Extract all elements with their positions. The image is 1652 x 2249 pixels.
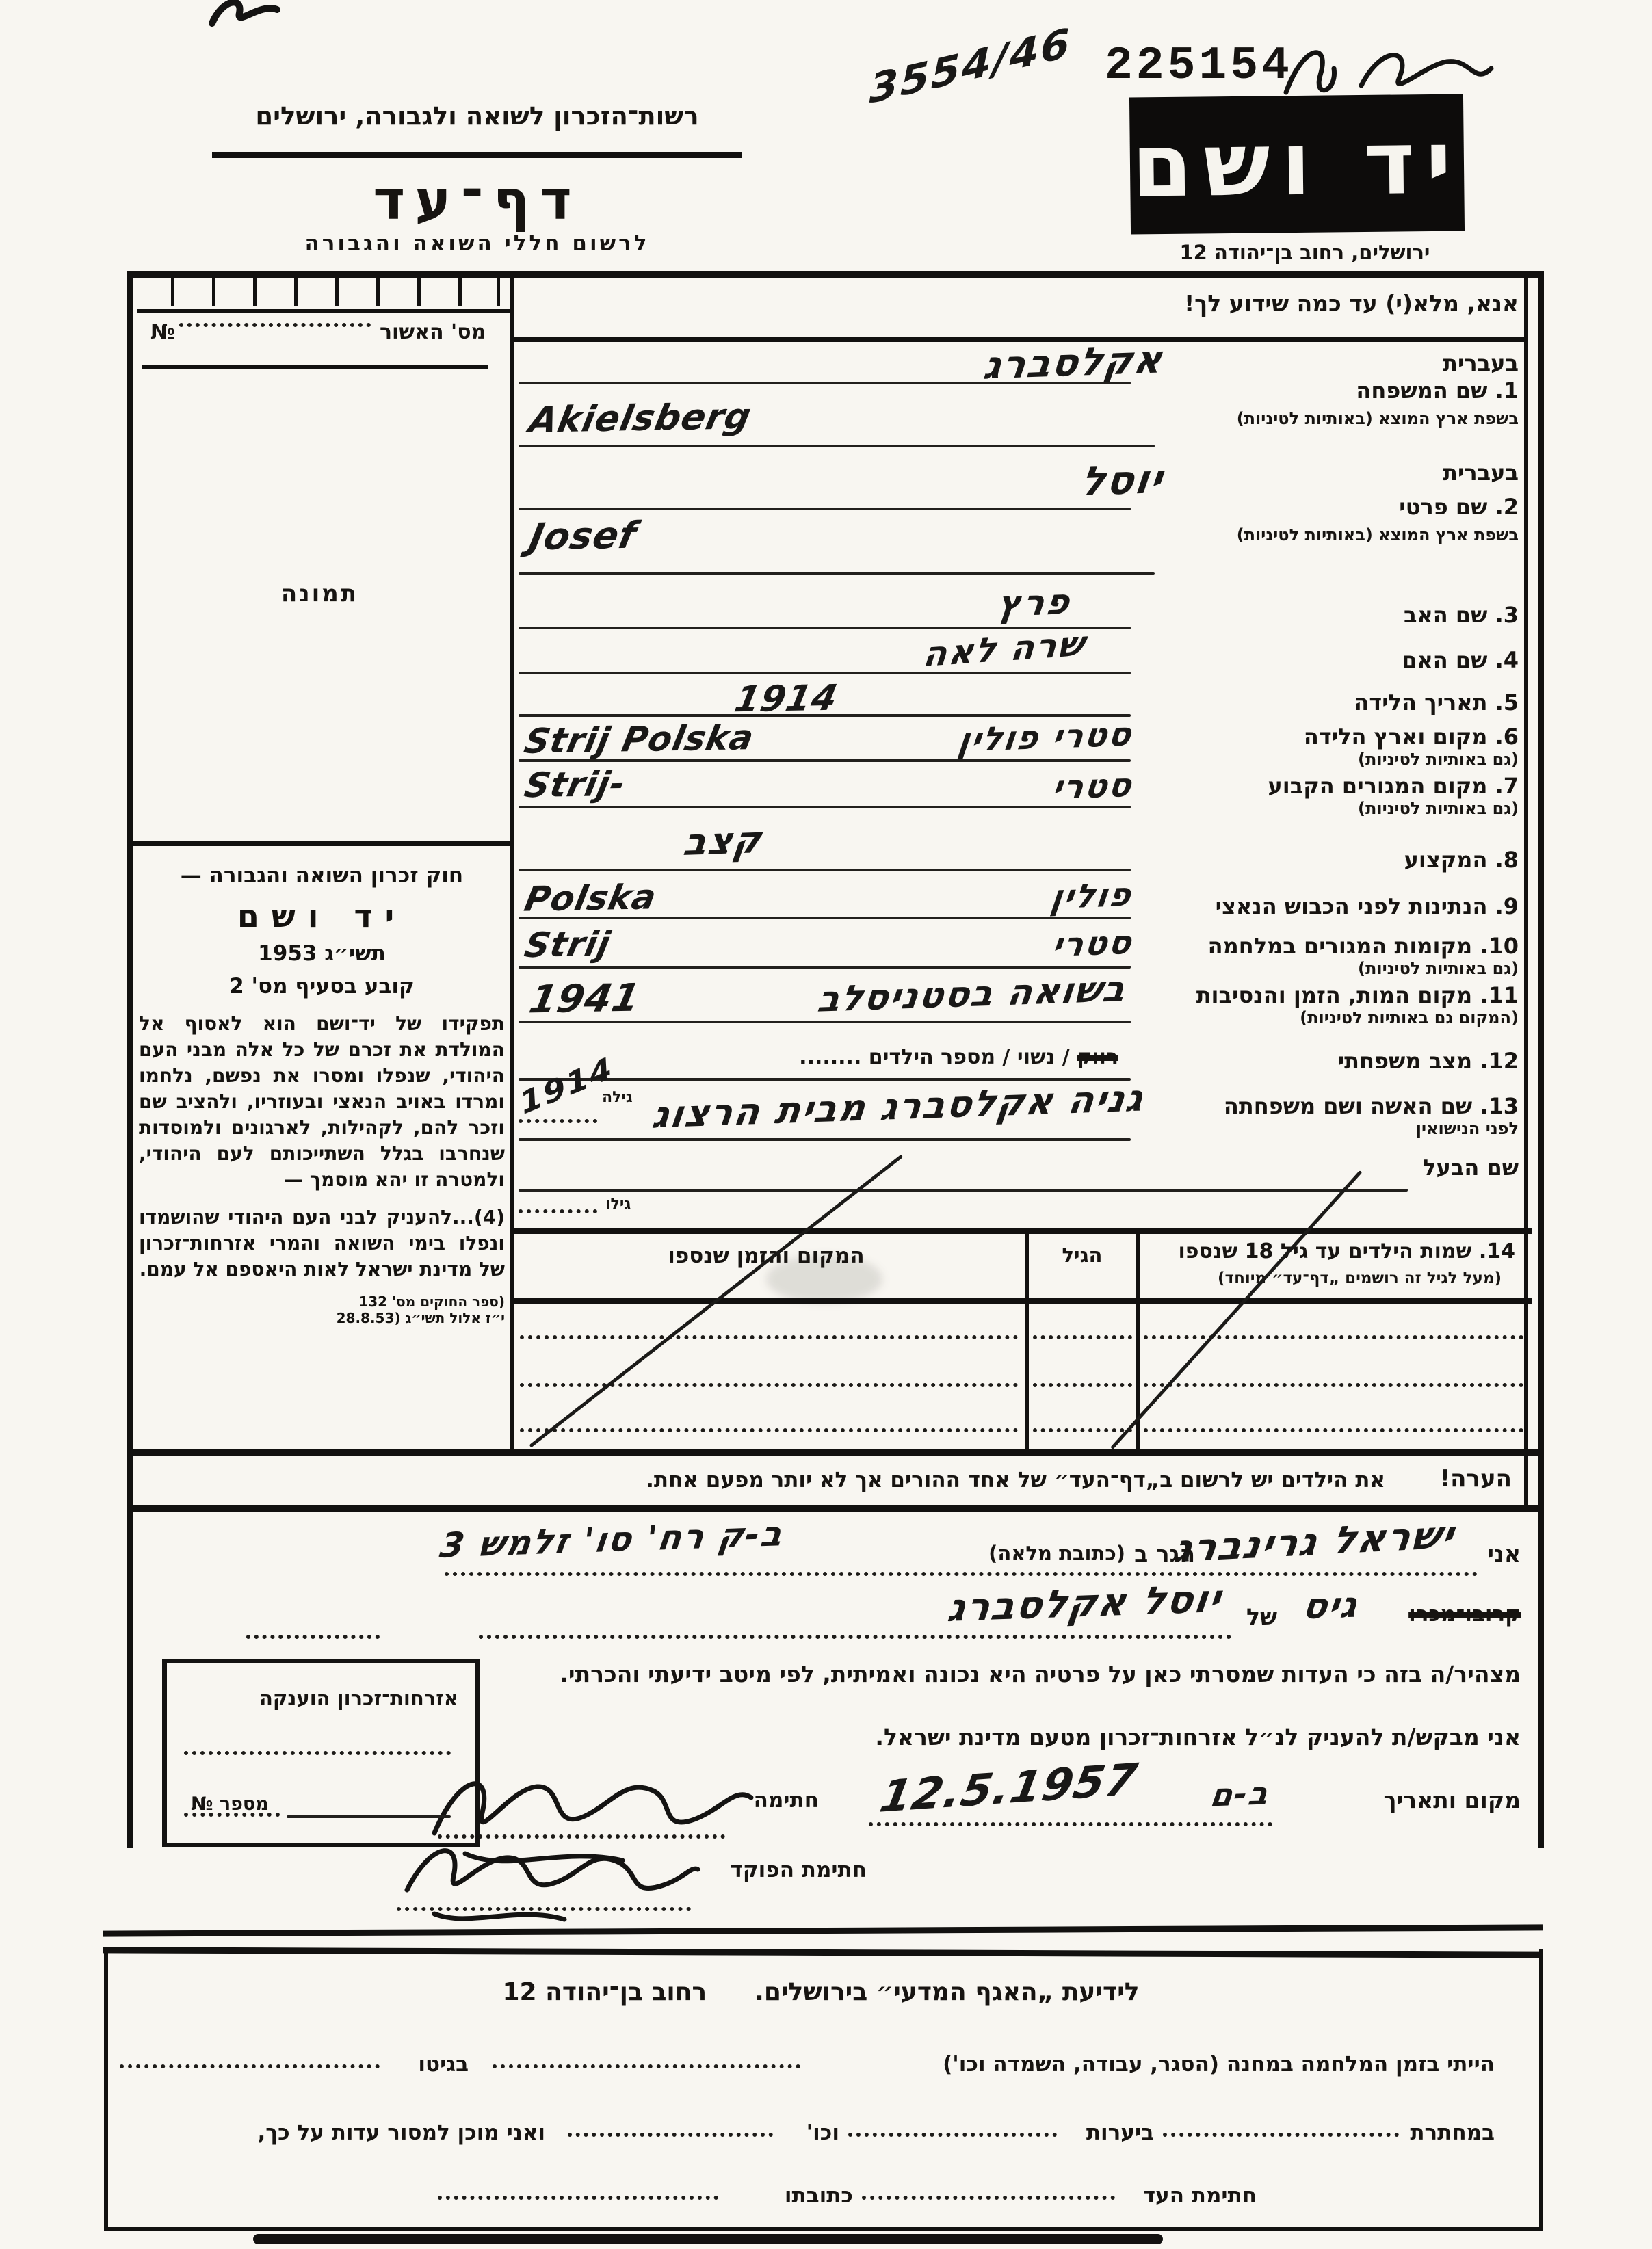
bottom-box-right (1539, 1949, 1543, 2231)
field1-value-latin: Akielsberg (526, 396, 755, 441)
table-row1-dots-age (1033, 1335, 1132, 1339)
field5-label: 5. תאריך הלידה (1354, 689, 1519, 715)
declarant-name-handwritten: ישראל גרינברג (1171, 1512, 1458, 1571)
field7-value-hebrew: סטרי (1049, 766, 1135, 807)
field9-value-latin: Polska (521, 877, 660, 919)
authority-name: רשות־הזכרון לשואה ולגבורה, ירושלים (212, 101, 742, 131)
field8-line (519, 869, 1131, 871)
husband-name-label: שם הבעל (1423, 1155, 1519, 1181)
bottom-title-address: רחוב בן־יהודה 12 (502, 1978, 707, 2006)
field4-value: שרה לאה (921, 624, 1087, 674)
bottom-box-bottom (104, 2227, 1543, 2231)
bottom-line1-dots-b (120, 2064, 380, 2068)
bottom-line2-dots-a (1163, 2133, 1399, 2137)
field9-value-hebrew: פולין (1049, 876, 1135, 917)
law-year: תשי״ג 1953 (139, 941, 505, 966)
law-clause: קובע בסעיף מס' 2 (139, 974, 505, 999)
subject-name-handwritten: יוסל אקלסברג (945, 1577, 1224, 1631)
date-handwritten: 12.5.1957 (876, 1754, 1142, 1823)
declarant-address-handwritten: ב-ק רח' סו' זלמש 3 (438, 1514, 787, 1565)
bottom-line2-etc-label: וכו' (807, 2120, 839, 2145)
yad-vashem-logo: יד ושם (1129, 94, 1465, 234)
tick-4 (294, 274, 298, 306)
table-col-age-header: הגיל (1029, 1244, 1136, 1267)
bottom-line2-dots-b (848, 2133, 1057, 2137)
photo-box-bottom (127, 841, 510, 846)
form-subtitle: לרשום חללי השואה והגבורה (212, 231, 742, 256)
field8-label: 8. המקצוע (1404, 847, 1519, 873)
declaration-statement: מצהיר/ה בזה כי העדות שמסרתי כאן על פרטיה… (560, 1661, 1521, 1687)
bottom-line3-address-label: כתובתו (785, 2183, 853, 2208)
table-row1-dots-place (520, 1335, 1018, 1339)
field3-value: פרץ (995, 581, 1074, 625)
field2-value-latin: Josef (526, 514, 640, 559)
husband-line (519, 1189, 1408, 1192)
law-title: חוק זכרון השואה והגבורה — (139, 863, 505, 888)
field11-sub-label: (המקום גם באותיות לטיניות) (1300, 1008, 1519, 1027)
field6-line (519, 759, 1131, 762)
memorial-number-symbol: № (191, 1793, 213, 1815)
separator-wavy-1 (103, 1924, 1543, 1936)
table-row1-dots-names (1144, 1335, 1523, 1339)
declaration-i-label: אני (1487, 1540, 1521, 1567)
field12-label: 12. מצב משפחתי (1338, 1048, 1519, 1074)
tick-3 (253, 274, 257, 306)
memorial-number-dots (184, 1813, 280, 1817)
field13-wife-age-label: גילה (602, 1089, 633, 1106)
declaration-request: אני מבקש/ת להעניק לנ״ל אזרחות־זכרון מטעם… (875, 1724, 1521, 1750)
place-date-dots (869, 1822, 1272, 1826)
field11-value-hebrew: בשואה בסטניסלב (815, 969, 1129, 1021)
approval-underline (142, 365, 488, 369)
tick-5 (335, 274, 339, 306)
field10-value-latin: Strij (521, 924, 614, 965)
bottom-title-row: לידיעת „האגף המדעי״ בירושלים. רחוב בן־יה… (205, 1978, 1437, 2006)
declaration-resides-label: הגר ב (1134, 1540, 1195, 1567)
clerk-signature-label: חתימת הפוקד (731, 1858, 867, 1882)
frame-right-outer (1538, 271, 1544, 1848)
table-row2-dots-age (1033, 1383, 1132, 1387)
field13-line (519, 1138, 1131, 1141)
field11-line (519, 1021, 1131, 1023)
memorial-box-title: אזרחות־זכרון הוענקה (167, 1687, 458, 1710)
place-date-label: מקום ותאריך (1383, 1787, 1521, 1813)
field10-label: 10. מקומות המגורים במלחמה (1208, 933, 1519, 959)
husband-age-label: גילו (605, 1196, 631, 1213)
table-header-underline (510, 1298, 1532, 1304)
approval-number-symbol: № (150, 320, 175, 344)
bottom-line3-dots-a (862, 2196, 1115, 2200)
field10-line (519, 966, 1131, 969)
authority-underline (212, 152, 742, 158)
bottom-line2-forests-label: ביערות (1086, 2120, 1154, 2145)
scanned-testimony-page: רשות־הזכרון לשואה ולגבורה, ירושלים דף־עד… (0, 0, 1652, 2249)
law-reference-2: י״ז אלול תשי״ג (28.8.53 (139, 1310, 505, 1326)
declaration-line1-dots (445, 1572, 1478, 1576)
field4-line (519, 672, 1131, 674)
bottom-title: לידיעת „האגף המדעי״ בירושלים. (755, 1978, 1139, 2006)
frame-top (127, 271, 1544, 278)
relation-of-label: של (1246, 1603, 1277, 1630)
field4-label: 4. שם האם (1402, 647, 1519, 673)
law-reference-1: (ספר החוקים מס' 132 (139, 1293, 505, 1310)
field1-label: 1. שם המשפחה (1356, 378, 1519, 404)
intro-underline (510, 337, 1528, 342)
yad-vashem-logo-text: יד ושם (1131, 111, 1463, 217)
field13-wife-age-value: 1914 (516, 1050, 616, 1122)
fields-bottom-rule (127, 1449, 1544, 1456)
field11-label: 11. מקום המות, הזמן והנסיבות (1196, 982, 1519, 1008)
field3-label: 3. שם האב (1404, 602, 1519, 628)
tick-2 (212, 274, 215, 306)
field2-label: 2. שם פרטי (1399, 494, 1519, 520)
table-col-place-header: המקום והזמן שנספו (588, 1244, 944, 1268)
tick-7 (417, 274, 421, 306)
note-bottom-rule (127, 1505, 1544, 1512)
memorial-box-dots (184, 1751, 451, 1755)
tick-1 (171, 274, 174, 306)
bottom-box-left (104, 1949, 108, 2231)
table-row3-dots-names (1144, 1428, 1523, 1432)
tick-8 (458, 274, 462, 306)
column-divider (510, 271, 514, 1449)
field13-age-dots (519, 1119, 597, 1123)
bottom-line1-ghetto-label: בגיטו (418, 2052, 469, 2077)
table-top-rule (510, 1228, 1532, 1234)
relation-printed-label: קרובו־מכרו (1408, 1602, 1521, 1627)
file-number-handwritten: 3554/46 (869, 19, 1071, 113)
field7-sub-label: (גם באותיות לטיניות) (1358, 799, 1519, 818)
approval-number-label: מס' האשור (380, 320, 486, 344)
ticks-baseline (137, 309, 510, 313)
field5-line (519, 714, 1131, 717)
field13-sub-label: לפני הנישואין (1416, 1119, 1519, 1138)
field9-label: 9. הנתינות לפני הכבוש הנאצי (1216, 893, 1519, 919)
place-handwritten: ב-ם (1208, 1775, 1272, 1814)
bottom-line2-underground-label: במחתרת (1410, 2120, 1495, 2145)
field2-line-latin (519, 572, 1155, 575)
field2-line-hebrew (519, 508, 1131, 510)
field6-value-latin: Strij Polska (521, 718, 758, 761)
table-row3-dots-age (1033, 1428, 1132, 1432)
field10-value-hebrew: סטרי (1049, 923, 1135, 964)
relation-dots-short (246, 1635, 380, 1639)
declaration-address-label: (כתובת מלאה) (988, 1542, 1125, 1565)
field7-label: 7. מקום המגורים הקבוע (1268, 773, 1519, 799)
field2-lang-label: בעברית (1443, 460, 1519, 486)
bottom-line1-dots-a (493, 2064, 800, 2068)
field1-lang-label: בעברית (1443, 350, 1519, 376)
field12-options: רווק / נשוי / מספר הילדים ........ (799, 1045, 1118, 1069)
corner-ink-artifact (202, 0, 291, 37)
logo-address: ירושלים, רחוב בן־יהודה 12 (1112, 241, 1498, 264)
tick-9 (497, 274, 500, 306)
field6-value-hebrew: סטרי פולין (956, 715, 1136, 760)
field13-value: גניה אקלסברג מבית הרצוג (649, 1077, 1146, 1137)
subject-dots (479, 1635, 1231, 1639)
bottom-line2-ready-label: ואני מוכן למסור עדות על כך, (257, 2120, 545, 2145)
field7-value-latin: Strij- (521, 764, 629, 806)
table-row3-dots-place (520, 1428, 1018, 1432)
tick-6 (376, 274, 380, 306)
table-col-children-header: 14. שמות הילדים עד גיל 18 שנספו (1178, 1239, 1515, 1263)
law-block: חוק זכרון השואה והגבורה — יד ושם תשי״ג 1… (139, 863, 505, 1326)
intro-instruction: אנא, מלא(י) עד כמה שידוע לך! (1184, 290, 1519, 317)
field10-sub-label: (גם באותיות לטיניות) (1358, 959, 1519, 978)
bottom-line3-dots-b (438, 2196, 718, 2200)
relation-struck-word: קרובו־מכרו (1408, 1602, 1521, 1627)
note-label: הערה! (1440, 1465, 1512, 1492)
field12-options-rest: / נשוי / מספר הילדים ........ (799, 1045, 1070, 1069)
field6-label: 6. מקום וארץ הלידה (1304, 724, 1519, 750)
field1-line-latin (519, 445, 1155, 447)
form-title: דף־עד (212, 168, 742, 232)
frame-right-inner (1524, 271, 1528, 1509)
field13-label: 13. שם האשה ושם משפחתה (1224, 1093, 1519, 1119)
memorial-number-label: מספר № (191, 1793, 269, 1815)
field2-value-hebrew: יוסל (1077, 456, 1166, 505)
field7-line (519, 806, 1131, 808)
field1-sub-label: בשפת ארץ המוצא (באותיות לטיניות) (1237, 409, 1519, 428)
field6-sub-label: (גם באותיות לטיניות) (1358, 750, 1519, 769)
field12-option-struck: רווק (1077, 1045, 1118, 1069)
law-paragraph-1: תפקידו של יד־ושם הוא לאסוף אל המולדת את … (139, 1011, 505, 1194)
bottom-line3-signature-label: חתימת העד (1143, 2183, 1257, 2208)
note-text: את הילדים יש לרשום ב„דף־העד״ של אחד ההור… (646, 1468, 1385, 1492)
registration-stamp-number: 225154 (1105, 40, 1293, 92)
table-row2-dots-place (520, 1383, 1018, 1387)
clerk-signature-dots (397, 1907, 691, 1911)
strike-line-right-column (1110, 1170, 1362, 1449)
law-paragraph-2: (4)...להעניק לבני העם היהודי שהושמדו ונפ… (139, 1205, 505, 1283)
memorial-citizenship-box: אזרחות־זכרון הוענקה מספר № (162, 1659, 480, 1847)
frame-left (127, 271, 133, 1848)
bottom-scan-strip (253, 2234, 1163, 2244)
husband-age-dots (519, 1209, 597, 1213)
table-row2-dots-names (1144, 1383, 1523, 1387)
bottom-line1-camp-label: הייתי בזמן המלחמה במחנה (הסגר, עבודה, הש… (943, 2052, 1495, 2077)
memorial-number-word: מספר (220, 1793, 269, 1815)
relation-handwritten: גיס (1300, 1585, 1361, 1628)
memorial-number-line (287, 1815, 451, 1818)
photo-placeholder-label: תמונה (130, 580, 510, 607)
field1-line-hebrew (519, 382, 1131, 384)
field1-value-hebrew: אקלסברג (981, 337, 1166, 388)
field11-value-year: 1941 (525, 976, 644, 1023)
field9-line (519, 917, 1131, 919)
bottom-line2-dots-c (568, 2133, 773, 2137)
field8-value: קצב (681, 818, 765, 864)
separator-wavy-2 (103, 1947, 1543, 1958)
approval-number-dots (179, 323, 371, 327)
field2-sub-label: בשפת ארץ המוצא (באותיות לטיניות) (1237, 525, 1519, 544)
law-name: יד ושם (139, 897, 505, 934)
